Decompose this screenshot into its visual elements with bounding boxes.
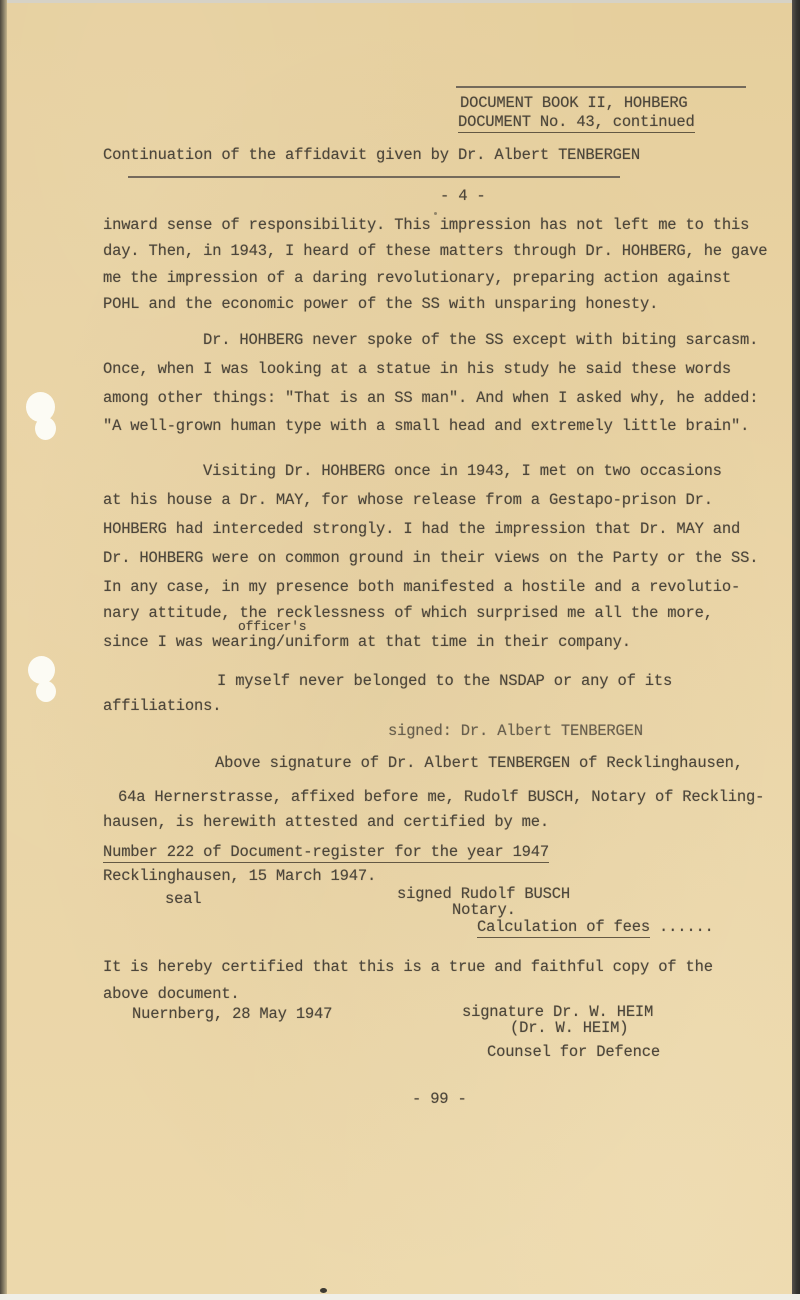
- body-line: In any case, in my presence both manifes…: [103, 577, 740, 597]
- fees-label: Calculation of fees: [477, 918, 650, 938]
- scan-edge-top: [0, 0, 800, 3]
- ink-speck: [320, 1288, 327, 1293]
- cert-place-date: Nuernberg, 28 May 1947: [132, 1004, 332, 1024]
- title-rule: [128, 176, 620, 178]
- counsel-line: Counsel for Defence: [487, 1042, 660, 1062]
- page-marker: - 4 -: [440, 186, 486, 206]
- scan-edge-left: [0, 0, 7, 1300]
- body-line: at his house a Dr. MAY, for whose releas…: [103, 490, 713, 510]
- body-line: POHL and the economic power of the SS wi…: [103, 294, 658, 314]
- cert-line: above document.: [103, 984, 240, 1004]
- body-line: hausen, is herewith attested and certifi…: [103, 812, 549, 832]
- bottom-page-number: - 99 -: [412, 1089, 467, 1109]
- body-line: among other things: "That is an SS man".…: [103, 388, 758, 408]
- body-line: affiliations.: [103, 696, 221, 716]
- fees-dots: ......: [650, 918, 714, 936]
- ink-speck: [434, 212, 437, 215]
- body-line: day. Then, in 1943, I heard of these mat…: [103, 241, 767, 261]
- seal-label: seal: [165, 889, 201, 909]
- header-overline: [456, 86, 746, 88]
- body-line: inward sense of responsibility. This imp…: [103, 215, 749, 235]
- body-line: I myself never belonged to the NSDAP or …: [217, 671, 672, 691]
- header-doc-line: DOCUMENT No. 43, continued: [458, 112, 695, 132]
- body-line: since I was wearing/uniform at that time…: [103, 632, 631, 652]
- body-line: nary attitude, the recklessness of which…: [103, 603, 713, 623]
- punch-hole-top-tab: [35, 417, 56, 440]
- body-line: Visiting Dr. HOHBERG once in 1943, I met…: [203, 461, 722, 481]
- register-line: Number 222 of Document-register for the …: [103, 842, 549, 862]
- punch-hole-bottom-tab: [36, 681, 56, 702]
- cert-line: It is hereby certified that this is a tr…: [103, 957, 713, 977]
- signed-line: signed: Dr. Albert TENBERGEN: [388, 721, 643, 741]
- scan-edge-bottom: [0, 1294, 800, 1300]
- header-book-line: DOCUMENT BOOK II, HOHBERG: [460, 93, 688, 113]
- register-line-text: Number 222 of Document-register for the …: [103, 843, 549, 863]
- body-line: Once, when I was looking at a statue in …: [103, 359, 731, 379]
- body-line: Dr. HOHBERG never spoke of the SS except…: [203, 330, 758, 350]
- body-line: me the impression of a daring revolution…: [103, 268, 731, 288]
- scan-edge-right: [792, 0, 800, 1300]
- header-doc-line-text: DOCUMENT No. 43, continued: [458, 113, 695, 133]
- place-date-line: Recklinghausen, 15 March 1947.: [103, 866, 376, 886]
- fees-line: Calculation of fees ......: [477, 917, 714, 937]
- affidavit-title: Continuation of the affidavit given by D…: [103, 145, 640, 165]
- body-line: HOHBERG had interceded strongly. I had t…: [103, 519, 740, 539]
- punch-hole-bottom: [28, 656, 55, 684]
- cert-signature-paren: (Dr. W. HEIM): [510, 1018, 628, 1038]
- body-line: "A well-grown human type with a small he…: [103, 416, 749, 436]
- body-line: Dr. HOHBERG were on common ground in the…: [103, 548, 758, 568]
- body-line: Above signature of Dr. Albert TENBERGEN …: [215, 753, 743, 773]
- body-line: 64a Hernerstrasse, affixed before me, Ru…: [118, 787, 764, 807]
